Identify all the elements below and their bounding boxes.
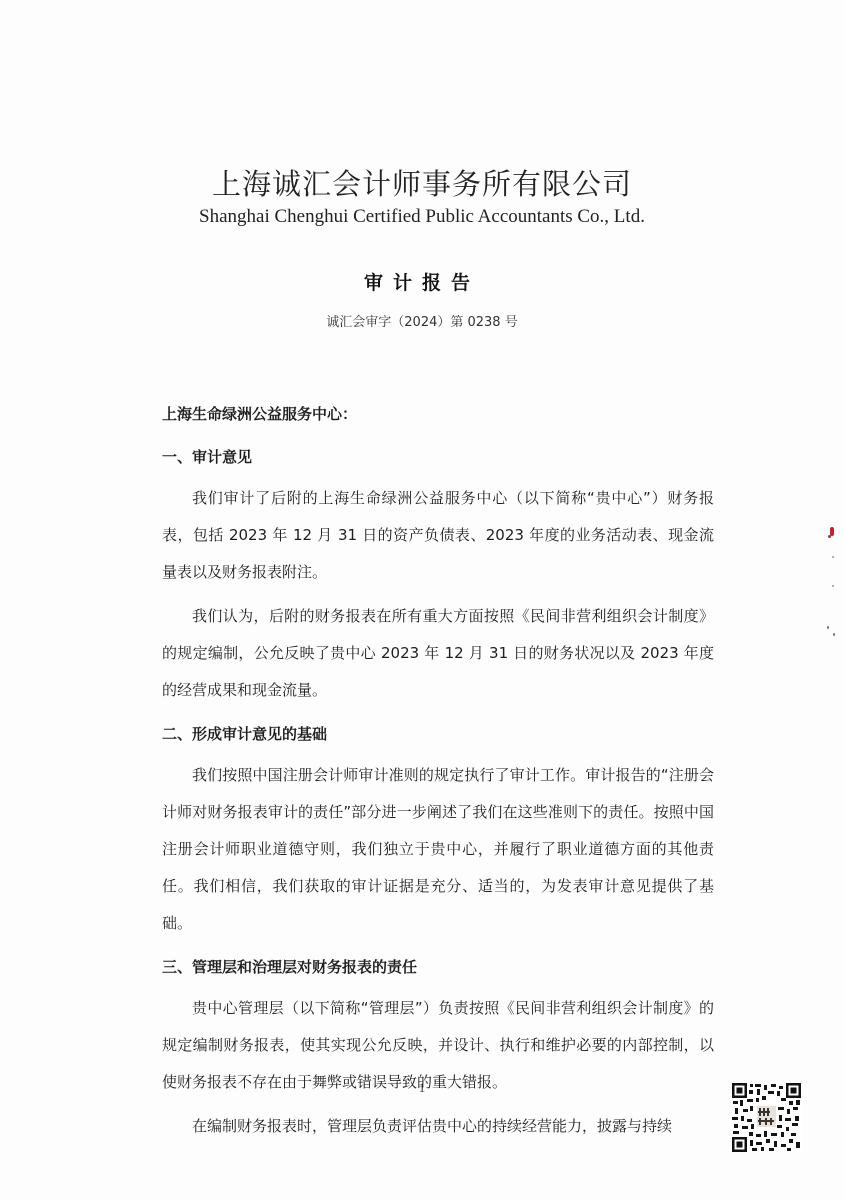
- section-basis-for-opinion: 二、形成审计意见的基础 我们按照中国注册会计师审计准则的规定执行了审计工作。审计…: [162, 716, 714, 942]
- section-heading: 三、管理层和治理层对财务报表的责任: [162, 949, 714, 986]
- paragraph: 我们审计了后附的上海生命绿洲公益服务中心（以下简称“贵中心”）财务报表，包括 2…: [162, 480, 714, 591]
- firm-name-chinese: 上海诚汇会计师事务所有限公司: [0, 162, 844, 203]
- document-page: 上海诚汇会计师事务所有限公司 Shanghai Chenghui Certifi…: [0, 0, 844, 1200]
- paragraph: 我们认为，后附的财务报表在所有重大方面按照《民间非营利组织会计制度》的规定编制，…: [162, 598, 714, 709]
- scan-speck: [833, 633, 835, 636]
- report-body: 上海生命绿洲公益服务中心： 一、审计意见 我们审计了后附的上海生命绿洲公益服务中…: [162, 396, 714, 1152]
- scan-speck: [832, 556, 834, 558]
- report-title: 审计报告: [0, 268, 844, 295]
- firm-name-english: Shanghai Chenghui Certified Public Accou…: [0, 206, 844, 228]
- scan-speck: [832, 585, 834, 587]
- section-management-responsibility: 三、管理层和治理层对财务报表的责任 贵中心管理层（以下简称“管理层”）负责按照《…: [162, 949, 714, 1145]
- qr-code-icon: [731, 1082, 802, 1153]
- scan-speck: [827, 626, 829, 629]
- report-number: 诚汇会审字（2024）第 0238 号: [0, 311, 844, 330]
- seal-edge-mark: [828, 535, 831, 538]
- section-audit-opinion: 一、审计意见 我们审计了后附的上海生命绿洲公益服务中心（以下简称“贵中心”）财务…: [162, 439, 714, 709]
- paragraph: 我们按照中国注册会计师审计准则的规定执行了审计工作。审计报告的“注册会计师对财务…: [162, 757, 714, 942]
- section-heading: 一、审计意见: [162, 439, 714, 476]
- paragraph: 在编制财务报表时，管理层负责评估贵中心的持续经营能力，披露与持续: [162, 1108, 714, 1145]
- page-number: 1: [0, 1080, 844, 1096]
- section-heading: 二、形成审计意见的基础: [162, 716, 714, 753]
- addressee: 上海生命绿洲公益服务中心：: [162, 396, 714, 433]
